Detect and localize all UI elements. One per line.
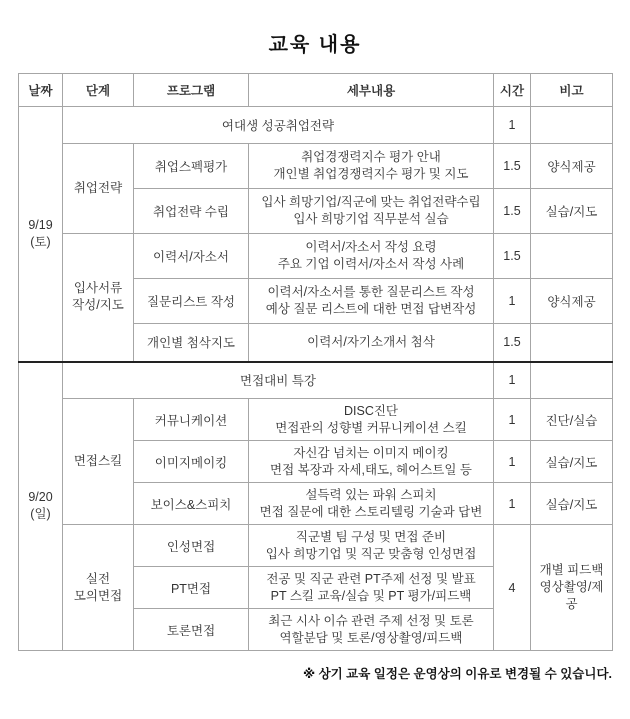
detail-line: 최근 시사 이슈 관련 주제 선정 및 토론 (253, 613, 489, 630)
hours-cell: 1 (494, 107, 531, 144)
table-row-special-2: 9/20 (일) 면접대비 특강 1 (19, 362, 613, 399)
detail-line: 입사 희망기업 직무분석 실습 (253, 211, 489, 228)
date-label: 9/20 (23, 489, 58, 506)
detail-cell: 전공 및 직군 관련 PT주제 선정 및 발표 PT 스킬 교육/실습 및 PT… (249, 567, 494, 609)
detail-cell: 이력서/자소서를 통한 질문리스트 작성 예상 질문 리스트에 대한 면접 답변… (249, 279, 494, 324)
stage-label: 취업전략 (67, 180, 129, 197)
detail-line: 면접관의 성향별 커뮤니케이션 스킬 (253, 420, 489, 437)
detail-line: 면접 질문에 대한 스토리텔링 기술과 답변 (253, 504, 489, 521)
program-cell: 질문리스트 작성 (134, 279, 249, 324)
detail-cell: 이력서/자소서 작성 요령 주요 기업 이력서/자소서 작성 사례 (249, 234, 494, 279)
hours-cell: 1 (494, 441, 531, 483)
detail-cell: 최근 시사 이슈 관련 주제 선정 및 토론 역할분담 및 토론/영상촬영/피드… (249, 609, 494, 651)
stage-cell-jobstrategy: 취업전략 (63, 144, 134, 234)
table-row: 면접스킬 커뮤니케이션 DISC진단 면접관의 성향별 커뮤니케이션 스킬 1 … (19, 399, 613, 441)
col-header-program: 프로그램 (134, 74, 249, 107)
detail-line: 직군별 팀 구성 및 면접 준비 (253, 529, 489, 546)
note-cell (531, 324, 613, 362)
hours-cell: 1 (494, 362, 531, 399)
table-row: 취업전략 취업스펙평가 취업경쟁력지수 평가 안내 개인별 취업경쟁력지수 평가… (19, 144, 613, 189)
col-header-stage: 단계 (63, 74, 134, 107)
schedule-change-footnote: ※ 상기 교육 일정은 운영상의 이유로 변경될 수 있습니다. (18, 664, 612, 682)
detail-line: 주요 기업 이력서/자소서 작성 사례 (253, 256, 489, 273)
program-cell: 토론면접 (134, 609, 249, 651)
hours-cell: 1 (494, 279, 531, 324)
special-lecture-cell: 여대생 성공취업전략 (63, 107, 494, 144)
detail-line: DISC진단 (253, 403, 489, 420)
detail-line: 전공 및 직군 관련 PT주제 선정 및 발표 (253, 571, 489, 588)
stage-label: 입사서류 (67, 280, 129, 297)
detail-line: 설득력 있는 파워 스피치 (253, 487, 489, 504)
special-lecture-cell: 면접대비 특강 (63, 362, 494, 399)
hours-cell: 1.5 (494, 144, 531, 189)
hours-cell: 1.5 (494, 189, 531, 234)
detail-cell: DISC진단 면접관의 성향별 커뮤니케이션 스킬 (249, 399, 494, 441)
note-cell: 양식제공 (531, 144, 613, 189)
program-cell: 개인별 첨삭지도 (134, 324, 249, 362)
note-cell: 양식제공 (531, 279, 613, 324)
program-cell: 커뮤니케이션 (134, 399, 249, 441)
hours-cell: 1 (494, 399, 531, 441)
detail-cell: 직군별 팀 구성 및 면접 준비 입사 희망기업 및 직군 맞춤형 인성면접 (249, 525, 494, 567)
note-cell (531, 234, 613, 279)
note-cell (531, 107, 613, 144)
table-row-special-1: 9/19 (토) 여대생 성공취업전략 1 (19, 107, 613, 144)
detail-cell: 설득력 있는 파워 스피치 면접 질문에 대한 스토리텔링 기술과 답변 (249, 483, 494, 525)
detail-line: 입사 희망기업/직군에 맞는 취업전략수립 (253, 194, 489, 211)
detail-line: 개인별 취업경쟁력지수 평가 및 지도 (253, 166, 489, 183)
program-cell: 보이스&스피치 (134, 483, 249, 525)
program-cell: 취업전략 수립 (134, 189, 249, 234)
stage-cell-mockinterview: 실전 모의면접 (63, 525, 134, 651)
note-cell: 실습/지도 (531, 483, 613, 525)
program-cell: PT면접 (134, 567, 249, 609)
program-cell: 인성면접 (134, 525, 249, 567)
stage-cell-interviewskill: 면접스킬 (63, 399, 134, 525)
note-line: 개별 피드백 (535, 562, 608, 579)
col-header-detail: 세부내용 (249, 74, 494, 107)
detail-line: 취업경쟁력지수 평가 안내 (253, 149, 489, 166)
program-cell: 이력서/자소서 (134, 234, 249, 279)
detail-line: PT 스킬 교육/실습 및 PT 평가/피드백 (253, 588, 489, 605)
detail-line: 예상 질문 리스트에 대한 면접 답변작성 (253, 301, 489, 318)
detail-line: 면접 복장과 자세,태도, 헤어스트일 등 (253, 462, 489, 479)
day-label: (일) (23, 506, 58, 523)
detail-cell: 이력서/자기소개서 첨삭 (249, 324, 494, 362)
table-header-row: 날짜 단계 프로그램 세부내용 시간 비고 (19, 74, 613, 107)
table-row: 실전 모의면접 인성면접 직군별 팀 구성 및 면접 준비 입사 희망기업 및 … (19, 525, 613, 567)
detail-line: 이력서/자소서를 통한 질문리스트 작성 (253, 284, 489, 301)
detail-line: 입사 희망기업 및 직군 맞춤형 인성면접 (253, 546, 489, 563)
stage-label: 작성/지도 (67, 297, 129, 314)
program-cell: 취업스펙평가 (134, 144, 249, 189)
detail-line: 이력서/자기소개서 첨삭 (253, 334, 489, 351)
date-cell-920: 9/20 (일) (19, 362, 63, 651)
detail-cell: 입사 희망기업/직군에 맞는 취업전략수립 입사 희망기업 직무분석 실습 (249, 189, 494, 234)
detail-line: 이력서/자소서 작성 요령 (253, 239, 489, 256)
program-cell: 이미지메이킹 (134, 441, 249, 483)
col-header-note: 비고 (531, 74, 613, 107)
education-schedule-table: 날짜 단계 프로그램 세부내용 시간 비고 9/19 (토) 여대생 성공취업전… (18, 73, 613, 651)
stage-cell-documents: 입사서류 작성/지도 (63, 234, 134, 362)
hours-cell: 1.5 (494, 234, 531, 279)
detail-cell: 취업경쟁력지수 평가 안내 개인별 취업경쟁력지수 평가 및 지도 (249, 144, 494, 189)
detail-line: 역할분담 및 토론/영상촬영/피드백 (253, 630, 489, 647)
col-header-date: 날짜 (19, 74, 63, 107)
date-label: 9/19 (23, 217, 58, 234)
day-label: (토) (23, 234, 58, 251)
stage-label: 모의면접 (67, 588, 129, 605)
note-cell: 실습/지도 (531, 189, 613, 234)
note-cell-merged: 개별 피드백 영상촬영/제공 (531, 525, 613, 651)
note-cell: 실습/지도 (531, 441, 613, 483)
table-row: 입사서류 작성/지도 이력서/자소서 이력서/자소서 작성 요령 주요 기업 이… (19, 234, 613, 279)
hours-cell: 1 (494, 483, 531, 525)
hours-cell-merged: 4 (494, 525, 531, 651)
detail-cell: 자신감 넘치는 이미지 메이킹 면접 복장과 자세,태도, 헤어스트일 등 (249, 441, 494, 483)
page-title: 교육 내용 (0, 28, 630, 57)
hours-cell: 1.5 (494, 324, 531, 362)
stage-label: 면접스킬 (67, 453, 129, 470)
detail-line: 자신감 넘치는 이미지 메이킹 (253, 445, 489, 462)
note-cell: 진단/실습 (531, 399, 613, 441)
date-cell-919: 9/19 (토) (19, 107, 63, 362)
col-header-hours: 시간 (494, 74, 531, 107)
stage-label: 실전 (67, 571, 129, 588)
note-line: 영상촬영/제공 (535, 579, 608, 613)
note-cell (531, 362, 613, 399)
